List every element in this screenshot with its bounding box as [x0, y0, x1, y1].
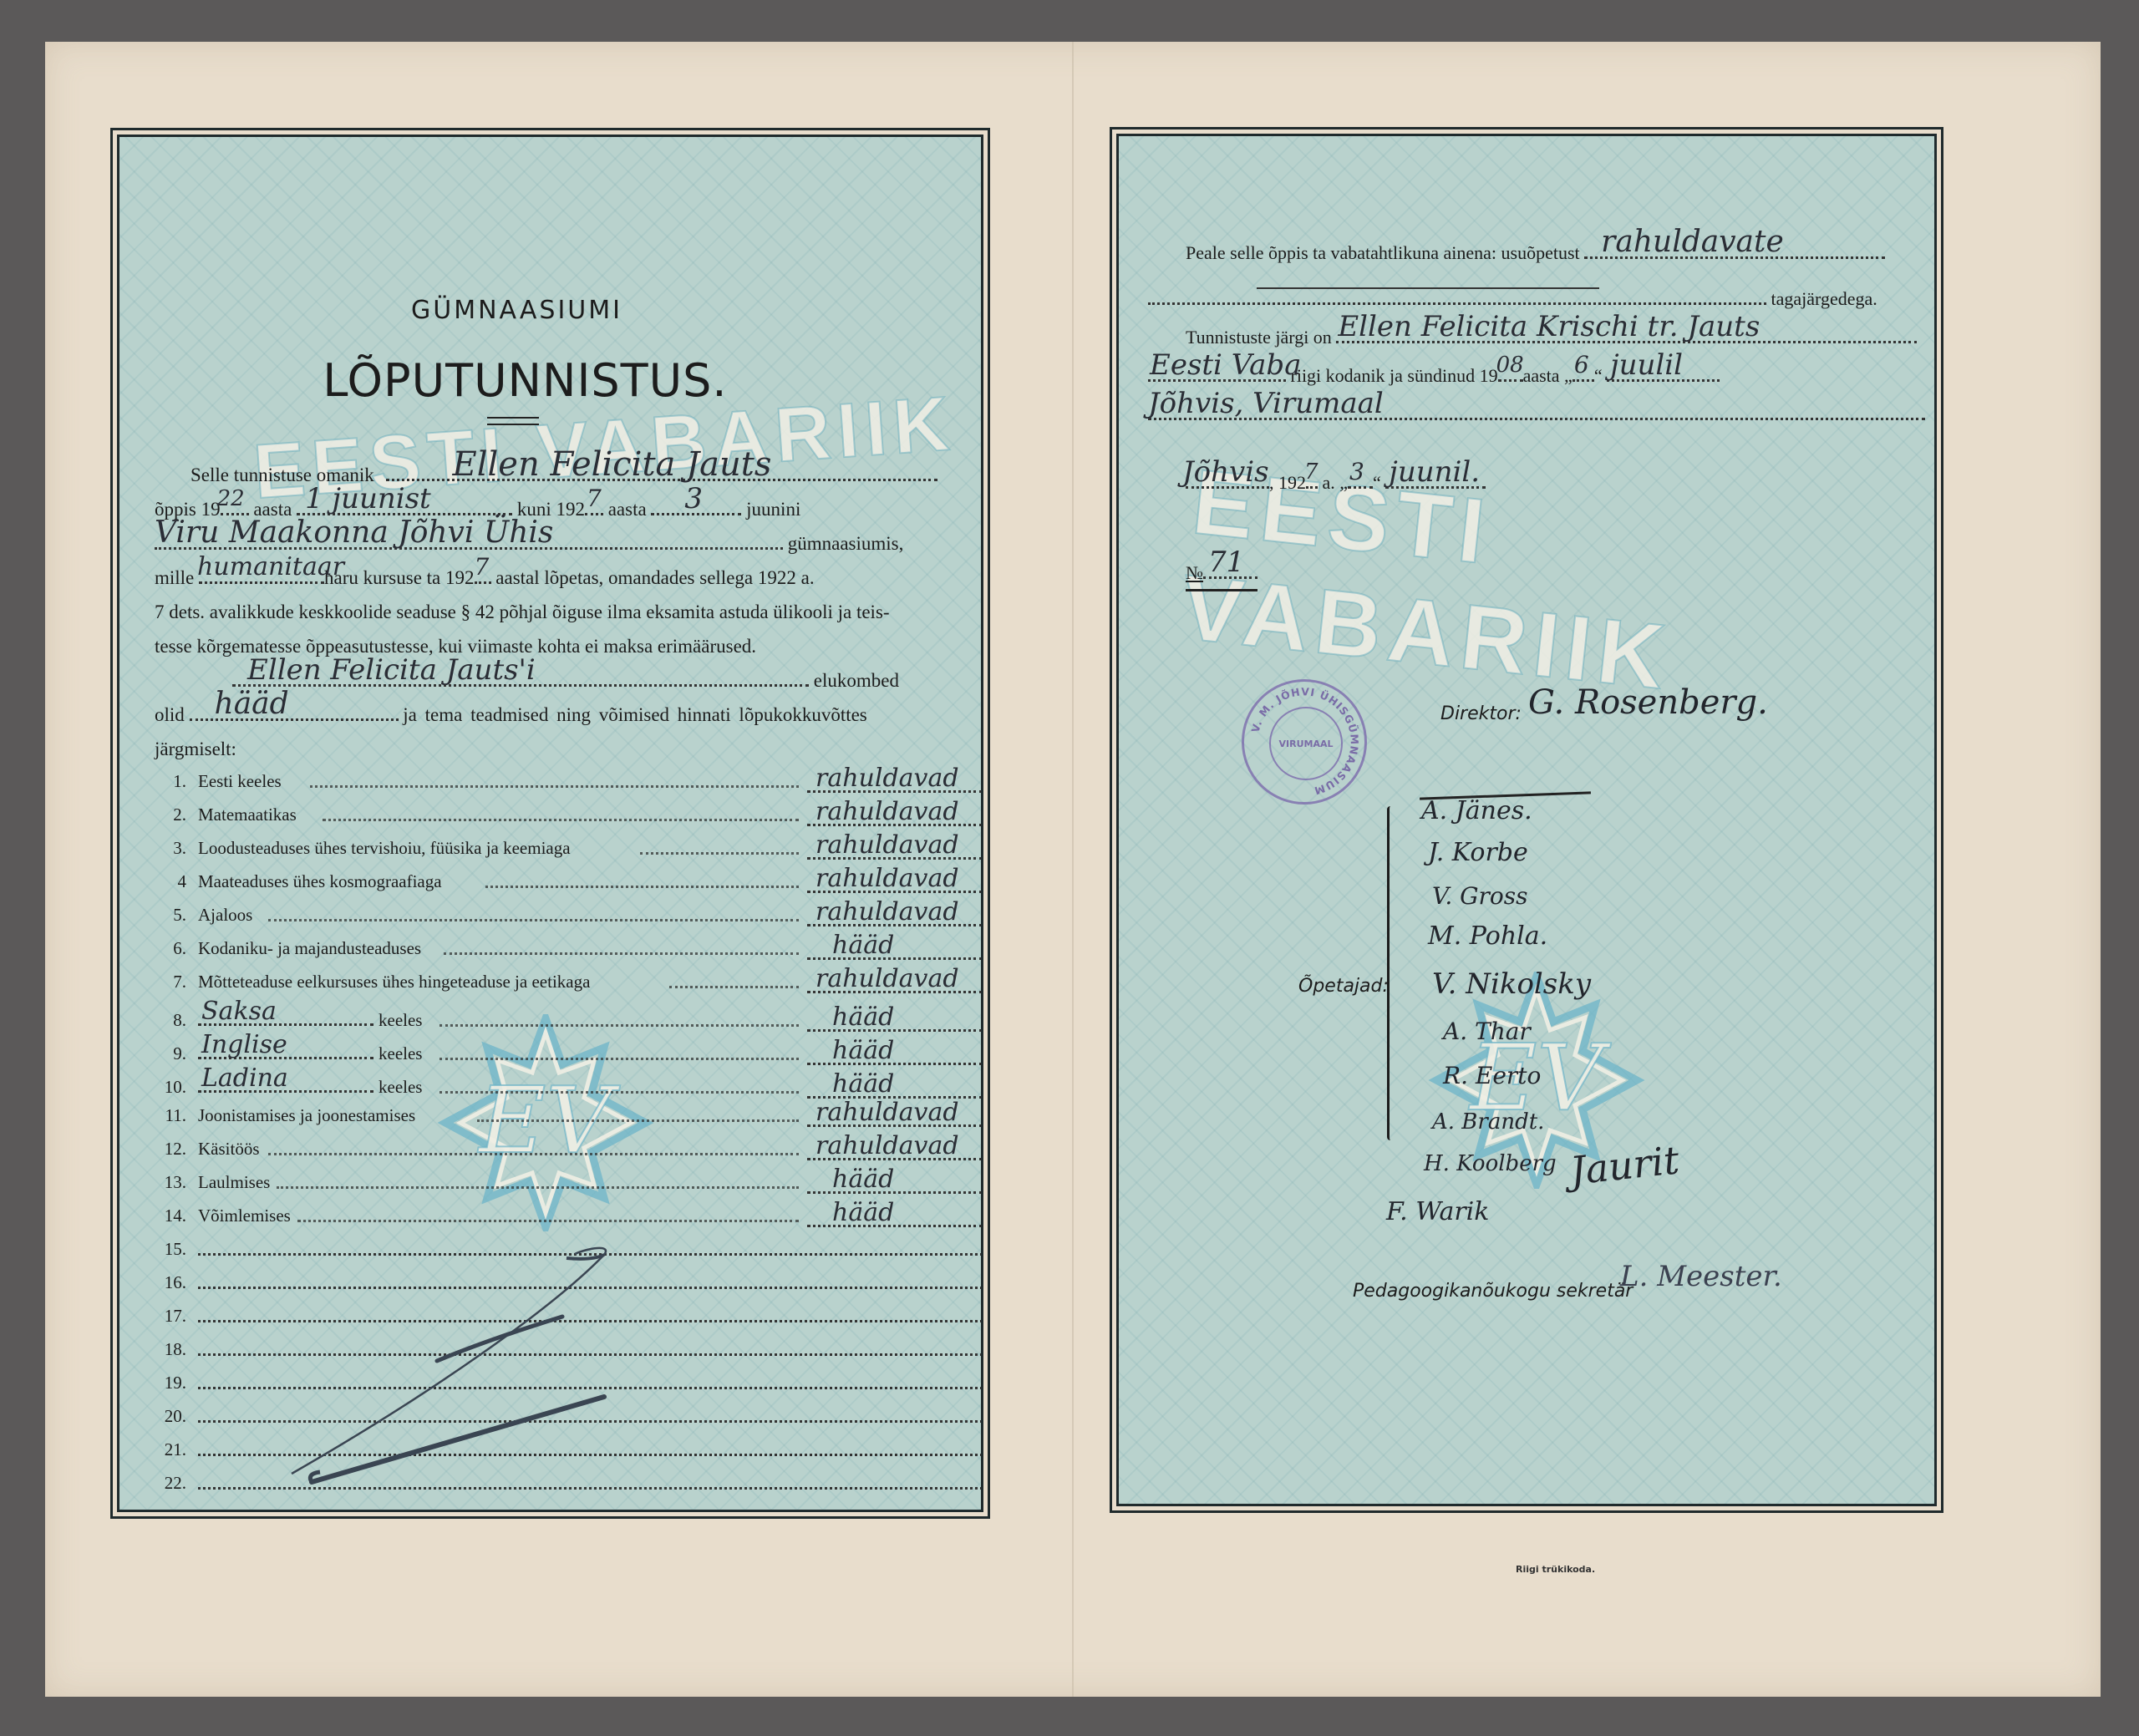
citizenship-field: Eesti Vaba [1148, 374, 1286, 382]
blank-line [198, 1253, 983, 1256]
empty-grade-row: 15. [151, 1237, 983, 1261]
empty-grade-row: 21. [151, 1438, 983, 1461]
religion-grade-value: rahuldavate [1601, 230, 1784, 255]
grade-field: hääd [807, 1006, 983, 1032]
grade-value: rahuldavad [815, 834, 959, 857]
juunini-label: juunini [746, 499, 800, 520]
issue-date-line: Jõhvis, 1927 a. „3“ juunil. [1186, 470, 1486, 495]
right-page: EESTI VABARIIK EV Peale selle õppis ta v… [1116, 134, 1937, 1506]
school-stamp: V. M. JÕHVI ÜHISGÜMNAASIUM VIRUMAAL [1242, 679, 1367, 805]
issue-year-field: 7 [1306, 481, 1318, 489]
teacher-signature: A. Thar [1443, 1018, 1531, 1045]
end-year-value: 7 [587, 486, 602, 511]
teacher-signature: H. Koolberg [1424, 1151, 1557, 1176]
subject-name: Võimlemises [198, 1204, 291, 1227]
birth-month-field: juulil [1607, 374, 1720, 382]
grade-number: 7. [151, 970, 186, 993]
grade-number: 11. [151, 1104, 186, 1127]
number-value: 71 [1208, 550, 1244, 575]
printer-imprint: Riigi trükikoda. [1516, 1564, 1595, 1575]
teachers-label: Õpetajad: [1298, 974, 1389, 999]
language-field: Ladina [198, 1070, 373, 1093]
blank-line [198, 1320, 983, 1322]
empty-grade-row: 19. [151, 1371, 983, 1394]
leader-dots [477, 1119, 799, 1122]
branch-field: humanitaar [199, 576, 324, 584]
director-signature: G. Rosenberg. [1528, 683, 1768, 722]
grade-value: rahuldavad [815, 1134, 959, 1158]
grade-field: rahuldavad [807, 767, 983, 793]
grade-number: 8. [151, 1008, 186, 1032]
jargmiselt-label: järgmiselt: [155, 737, 236, 762]
grade-row: 2.Matemaatikas rahuldavad [151, 803, 983, 826]
blank-line [198, 1387, 983, 1389]
start-date-field: 1 juunist [297, 508, 512, 515]
language-field: Saksa [198, 1003, 373, 1026]
document-title: LÕPUTUNNISTUS. [119, 354, 981, 407]
birth-year-value: 08 [1496, 353, 1524, 378]
grade-field: rahuldavad [807, 800, 983, 826]
grade-number: 19. [151, 1371, 186, 1394]
conduct-grade-field: hääd [190, 713, 399, 721]
grade-row: 9.Inglisekeeles hääd [151, 1037, 983, 1065]
language-value: Inglise [201, 1033, 287, 1057]
subject-name: keeles [379, 1075, 422, 1099]
grade-value: hääd [832, 1201, 894, 1225]
leader-dots [439, 1058, 799, 1060]
blank-line [198, 1454, 983, 1456]
birth-day-value: 6 [1574, 353, 1589, 378]
empty-grade-row: 20. [151, 1404, 983, 1428]
teacher-signature: R. Eerto [1443, 1062, 1541, 1089]
grade-field: hääd [807, 1201, 983, 1227]
leader-dots [439, 1024, 799, 1027]
subject-name: keeles [379, 1008, 422, 1032]
language-field: Inglise [198, 1037, 373, 1059]
religion-grade-field: rahuldavate [1584, 251, 1885, 259]
language-value: Saksa [201, 1000, 277, 1023]
citizenship-line: Eesti Vaba riigi kodanik ja sündinud 190… [1148, 363, 1720, 388]
grade-row: 12.Käsitöös rahuldavad [151, 1137, 983, 1160]
grade-number: 12. [151, 1137, 186, 1160]
language-value: Ladina [201, 1067, 288, 1090]
religion-label: Peale selle õppis ta vabatahtlikuna aine… [1186, 242, 1580, 263]
secretary-label: Pedagoogikanõukogu sekretär [1353, 1279, 1633, 1304]
school-value: Viru Maakonna Jõhvi Ühis [155, 520, 553, 546]
quote-mark: “ [1373, 472, 1381, 493]
grade-row: 4Maateaduses ühes kosmograafiaga rahulda… [151, 870, 983, 893]
owner-name: Ellen Felicita Jauts [453, 452, 772, 477]
olid-label: olid [155, 704, 185, 725]
blank-field [1148, 297, 1766, 305]
subject-name: Laulmises [198, 1170, 270, 1194]
leader-dots [640, 852, 799, 855]
full-name-field: Ellen Felicita Krischi tr. Jauts [1336, 336, 1917, 343]
cancel-line [1257, 287, 1599, 289]
teacher-signature: A. Brandt. [1432, 1109, 1544, 1134]
teacher-signature: V. Gross [1432, 882, 1527, 910]
gymnasium-label: gümnaasiumis, [788, 533, 904, 554]
leader-dots [310, 785, 799, 788]
branch-text: haru kursuse ta 192 [324, 567, 475, 588]
grad-year-field: 7 [475, 576, 491, 584]
citizen-label: riigi kodanik ja sündinud 19 [1291, 365, 1498, 386]
conduct-grade-value: hääd [215, 692, 289, 717]
grade-number: 16. [151, 1271, 186, 1294]
grade-field: hääd [807, 1039, 983, 1065]
subject-name: keeles [379, 1042, 422, 1065]
grade-number: 4 [151, 870, 186, 893]
grade-field: rahuldavad [807, 834, 983, 860]
start-year-value: 22 [217, 486, 245, 511]
grade-number: 1. [151, 769, 186, 793]
teacher-signature: A. Jänes. [1421, 796, 1532, 825]
grade-field: rahuldavad [807, 1101, 983, 1127]
grade-row: 13.Laulmises hääd [151, 1170, 983, 1194]
grade-number: 13. [151, 1170, 186, 1194]
grade-number: 22. [151, 1471, 186, 1495]
subject-name: Joonistamises ja joonestamises [198, 1104, 415, 1127]
empty-grade-row: 22. [151, 1471, 983, 1495]
grad-year-value: 7 [475, 555, 490, 580]
issue-day-value: 3 [1349, 459, 1364, 485]
blank-line [198, 1287, 983, 1289]
grade-field: rahuldavad [807, 967, 983, 993]
grade-value: rahuldavad [815, 800, 959, 824]
stamp-center: VIRUMAAL [1269, 707, 1343, 780]
grade-field: rahuldavad [807, 901, 983, 926]
grade-number: 9. [151, 1042, 186, 1065]
start-year-field: 22 [221, 508, 249, 515]
owner-field: Ellen Felicita Jauts [386, 474, 937, 481]
teacher-signature: V. Nikolsky [1432, 967, 1591, 1001]
grade-value: hääd [832, 1073, 894, 1096]
teacher-signature: M. Pohla. [1428, 921, 1547, 951]
grade-value: hääd [832, 1168, 894, 1191]
left-page-frame: EESTI VABARIIK EV GÜMNAASIUMI LÕPUTUNNIS… [110, 128, 990, 1519]
birthplace-value: Jõhvis, Virumaal [1148, 391, 1384, 416]
tagajargedega-line: tagajärgedega. [1148, 287, 1877, 312]
subject-name: Eesti keeles [198, 769, 282, 793]
number-field: 71 [1203, 571, 1257, 579]
grade-row: 8.Saksakeeles hääd [151, 1003, 983, 1032]
birthplace-line: Jõhvis, Virumaal [1148, 402, 1925, 427]
grade-field: hääd [807, 934, 983, 960]
birth-year-field: 08 [1498, 374, 1523, 382]
school-field: Viru Maakonna Jõhvi Ühis [155, 542, 783, 550]
grade-field: hääd [807, 1073, 983, 1099]
fold-line [1072, 42, 1074, 1697]
grade-field: rahuldavad [807, 867, 983, 893]
grade-row: 3.Loodusteaduses ühes tervishoiu, füüsik… [151, 836, 983, 860]
issue-place-field: Jõhvis [1186, 481, 1269, 489]
secretary-signature: L. Meester. [1620, 1260, 1782, 1293]
leader-dots [439, 1091, 799, 1094]
issue-year-value: 7 [1304, 459, 1318, 485]
grade-number: 15. [151, 1237, 186, 1261]
subject-name: Maateaduses ühes kosmograafiaga [198, 870, 442, 893]
leader-dots [669, 986, 799, 988]
branch-value: humanitaar [197, 555, 344, 580]
teacher-signature: F. Warik [1386, 1197, 1489, 1226]
leader-dots [297, 1220, 799, 1222]
conduct-name-field: Ellen Felicita Jauts'i [232, 679, 809, 687]
religion-line: Peale selle õppis ta vabatahtlikuna aine… [1186, 241, 1885, 266]
identity-line: Tunnistuste järgi on Ellen Felicita Kris… [1186, 325, 1917, 350]
empty-grade-row: 17. [151, 1304, 983, 1327]
subject-name: Ajaloos [198, 903, 252, 926]
start-date-value: 1 juunist [305, 486, 431, 511]
grade-row: 7.Mõtteteaduse eelkursuses ühes hingetea… [151, 970, 983, 993]
grade-row: 6.Kodaniku- ja majandusteaduses hääd [151, 937, 983, 960]
grade-value: rahuldavad [815, 767, 959, 790]
grade-field: rahuldavad [807, 1134, 983, 1160]
grade-value: hääd [832, 1006, 894, 1029]
quote-mark: “ [1594, 365, 1603, 386]
number-underline [1186, 589, 1257, 591]
grade-row: 10.Ladinakeeles hääd [151, 1070, 983, 1099]
grade-value: hääd [832, 1039, 894, 1063]
issue-day-field: 3 [1348, 481, 1373, 489]
certificate-number-line: №71 [1186, 561, 1257, 586]
teacher-signature: J. Korbe [1428, 838, 1528, 867]
director-label: Direktor: [1440, 702, 1522, 727]
branch-line: mille humanitaarharu kursuse ta 1927 aas… [155, 566, 815, 591]
grade-row: 1.Eesti keeles rahuldavad [151, 769, 983, 793]
issue-month-value: juunil. [1389, 459, 1480, 485]
grade-number: 21. [151, 1438, 186, 1461]
grade-value: rahuldavad [815, 1101, 959, 1124]
leader-dots [268, 1153, 799, 1155]
grade-number: 14. [151, 1204, 186, 1227]
grade-number: 20. [151, 1404, 186, 1428]
elukombed-label: elukombed [814, 670, 899, 691]
aasta-label: aasta „ [1523, 365, 1572, 386]
blank-line [198, 1487, 983, 1490]
mille-label: mille [155, 567, 194, 588]
grade-value: rahuldavad [815, 901, 959, 924]
large-signature: Jaurit [1568, 1137, 1682, 1193]
conduct-name-value: Ellen Felicita Jauts'i [247, 657, 536, 683]
leader-dots [277, 1186, 799, 1189]
leader-dots [323, 819, 799, 821]
subject-name: Käsitöös [198, 1137, 260, 1160]
left-page: EESTI VABARIIK EV GÜMNAASIUMI LÕPUTUNNIS… [117, 135, 983, 1512]
grade-value: rahuldavad [815, 867, 959, 891]
birth-day-field: 6 [1572, 374, 1594, 382]
aasta-label-2: aasta [608, 499, 647, 520]
subject-name: Loodusteaduses ühes tervishoiu, füüsika … [198, 836, 571, 860]
empty-grade-row: 18. [151, 1338, 983, 1361]
grade-number: 17. [151, 1304, 186, 1327]
documents-label: Tunnistuste järgi on [1186, 327, 1332, 348]
knowledge-text: ja tema teadmised ning võimised hinnati … [403, 704, 866, 725]
blank-line [198, 1420, 983, 1423]
blank-line [198, 1353, 983, 1356]
leader-dots [268, 919, 799, 921]
grade-row: 5.Ajaloos rahuldavad [151, 903, 983, 926]
end-year-field: 7 [585, 508, 603, 515]
grade-value: hääd [832, 934, 894, 957]
end-day-field: 3 [651, 508, 741, 515]
grade-field: hääd [807, 1168, 983, 1194]
right-page-frame: EESTI VABARIIK EV Peale selle õppis ta v… [1110, 127, 1943, 1513]
heading-gymnasium: GÜMNAASIUMI [119, 296, 981, 325]
grade-number: 10. [151, 1075, 186, 1099]
birthplace-field: Jõhvis, Virumaal [1148, 413, 1925, 420]
number-label: № [1186, 562, 1203, 583]
grade-number: 3. [151, 836, 186, 860]
leader-dots [444, 952, 799, 955]
grade-row: 11.Joonistamises ja joonestamises rahuld… [151, 1104, 983, 1127]
grad-text: aastal lõpetas, omandades sellega 1922 a… [495, 567, 814, 588]
birth-month-value: juulil [1610, 353, 1683, 378]
grade-number: 6. [151, 937, 186, 960]
issue-month-field: juunil. [1385, 481, 1486, 489]
conduct-grade-line: olid hääd ja tema teadmised ning võimise… [155, 703, 867, 728]
issue-a-label: a. „ [1323, 472, 1349, 493]
empty-grade-row: 16. [151, 1271, 983, 1294]
title-divider [487, 417, 539, 425]
grade-number: 5. [151, 903, 186, 926]
issue-year-label: , 192 [1269, 472, 1306, 493]
subject-name: Kodaniku- ja majandusteaduses [198, 937, 421, 960]
conduct-line: Ellen Felicita Jauts'i elukombed [232, 668, 899, 693]
subject-name: Matemaatikas [198, 803, 297, 826]
law-text-1: 7 dets. avalikkude keskkoolide seaduse §… [155, 600, 890, 625]
grade-row: 14.Võimlemises hääd [151, 1204, 983, 1227]
leader-dots [485, 886, 799, 888]
issue-place-value: Jõhvis [1182, 459, 1269, 485]
tagajargedega-label: tagajärgedega. [1771, 288, 1877, 309]
teachers-brace [1387, 806, 1395, 1140]
citizenship-value: Eesti Vaba [1150, 353, 1301, 378]
end-day-value: 3 [684, 486, 703, 511]
grade-value: rahuldavad [815, 967, 959, 991]
grade-number: 18. [151, 1338, 186, 1361]
grade-number: 2. [151, 803, 186, 826]
full-name-value: Ellen Felicita Krischi tr. Jauts [1338, 314, 1760, 339]
owner-line: Selle tunnistuse omanik Ellen Felicita J… [191, 463, 937, 488]
subject-name: Mõtteteaduse eelkursuses ühes hingeteadu… [198, 970, 590, 993]
